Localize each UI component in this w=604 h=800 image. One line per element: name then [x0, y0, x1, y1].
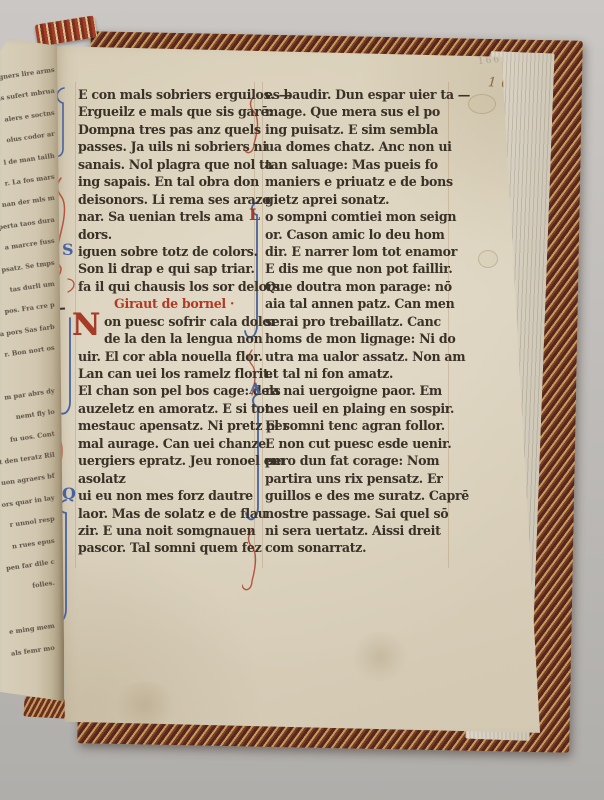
text-line: partira uns rix pensatz. Er [265, 470, 447, 487]
line-text: auzeletz en amoratz. E si tot [78, 401, 270, 416]
text-line: gietz aprei sonatz. [265, 191, 447, 208]
text-column-2: es baudir. Dun espar uier ta —mage. Que … [265, 86, 447, 557]
text-line: Son li drap e qui sap triar. [78, 260, 260, 277]
line-text: on puesc sofrir cala dolor [104, 314, 277, 329]
text-line: dir. E narrer lom tot enamor [265, 243, 447, 260]
text-line: pero dun fat corage: Nom [265, 452, 447, 469]
text-line: Lo sompni comtiei mon seign [265, 208, 447, 225]
endband [35, 15, 98, 46]
text-line: Que doutra mon parage: nō [265, 278, 447, 295]
text-line: nar. Sa uenian trels ama [78, 208, 260, 225]
text-line: passes. Ja uils ni sobriers ni [78, 138, 260, 155]
text-line: Ara nai uergoigne paor. Em [265, 382, 447, 399]
text-line: tan saluage: Mas pueis fo [265, 156, 447, 173]
line-text: Lan can uei los ramelz florit. [78, 366, 273, 381]
line-text: E con mals sobriers erguilos. — [78, 87, 291, 102]
line-text: guillos e des me suratz. Caprē [265, 488, 469, 503]
text-line: ing sapais. En tal obra don [78, 173, 260, 190]
text-line: et tal ni fon amatz. [265, 365, 447, 382]
line-text: utra ma ualor assatz. Non am [265, 349, 465, 364]
line-text: iguen sobre totz de colors. [78, 244, 258, 259]
line-text: passes. Ja uils ni sobriers ni [78, 139, 267, 154]
line-text: ing puisatz. E sim sembla [265, 122, 438, 137]
text-line: sanais. Nol plagra que nol ta [78, 156, 260, 173]
line-text: tan saluage: Mas pueis fo [265, 157, 438, 172]
line-text: Giraut de bornel · [114, 296, 234, 311]
text-line: mestauc apensatz. Ni pretz per [78, 417, 260, 434]
text-line: asolatz [78, 470, 260, 487]
text-line: de la den la lengua non [78, 330, 260, 347]
line-text: aia tal annen patz. Can men [265, 296, 454, 311]
text-line: Non puesc sofrir cala dolor [78, 313, 260, 330]
previous-page-text-fragments: segners lire armsas sufert mbruaalers e … [0, 64, 62, 663]
line-text: com sonarratz. [265, 540, 366, 555]
line-text: Que doutra mon parage: nō [265, 279, 452, 294]
rubric-line: Giraut de bornel · [78, 295, 260, 312]
text-line: ni sera uertatz. Aissi dreit [265, 522, 447, 539]
text-line: ua domes chatz. Anc non ui [265, 138, 447, 155]
line-text: asolatz [78, 471, 125, 486]
line-text: ui eu non mes forz dautre [78, 488, 253, 503]
text-line: Qui eu non mes forz dautre [78, 487, 260, 504]
text-line: deisonors. Li rema ses arazo [78, 191, 260, 208]
line-text: E non cut puesc esde uenir. [265, 436, 451, 451]
text-line: serai pro trebaillatz. Canc [265, 313, 447, 330]
text-line: guillos e des me suratz. Caprē [265, 487, 447, 504]
text-line: E dis me que non pot faillir. [265, 260, 447, 277]
line-text: fa il qui chausis los sor delors. [78, 279, 284, 294]
line-text: o sompni comtiei mon seign [265, 209, 456, 224]
text-line: com sonarratz. [265, 539, 447, 556]
line-text: El somni tenc agran follor. [265, 418, 445, 433]
text-line: mage. Que mera sus el po [265, 103, 447, 120]
decorated-initial: Q [62, 485, 76, 502]
text-line: nostre passage. Sai quel sō [265, 505, 447, 522]
text-line: maniers e priuatz e de bons [265, 173, 447, 190]
text-line: or. Cason amic lo deu hom [265, 226, 447, 243]
line-text: partira uns rix pensatz. Er [265, 471, 443, 486]
line-text: homs de mon lignage: Ni do [265, 331, 455, 346]
manuscript-page: 166 16 [50, 42, 547, 742]
line-text: pero dun fat corage: Nom [265, 453, 439, 468]
text-line: E con mals sobriers erguilos. — [78, 86, 260, 103]
text-line: zir. E una noit somgnauen [78, 522, 260, 539]
text-line: mal aurage. Can uei chanze [78, 435, 260, 452]
line-text: ni sera uertatz. Aissi dreit [265, 523, 441, 538]
decorated-initial: A [249, 380, 261, 397]
line-text: mage. Que mera sus el po [265, 104, 440, 119]
text-line: auzeletz en amoratz. E si tot [78, 400, 260, 417]
line-text: deisonors. Li rema ses arazo [78, 192, 270, 207]
line-text: de la den la lengua non [104, 331, 263, 346]
text-line: es baudir. Dun espar uier ta — [265, 86, 447, 103]
folio-number-pencil: 166 [478, 55, 502, 67]
previous-page-edge: segners lire armsas sufert mbruaalers e … [0, 36, 64, 708]
line-text: uir. El cor abla nouella flor. [78, 349, 263, 364]
line-text: Ergueilz e mals que sis garē: [78, 104, 273, 119]
parchment-stain [110, 682, 180, 728]
decorated-initial: L [249, 206, 260, 223]
decorated-initial: S [62, 241, 73, 258]
text-line: uergiers epratz. Jeu ronoel em [78, 452, 260, 469]
text-line: Lan can uei los ramelz florit. [78, 365, 260, 382]
parchment-stain [468, 94, 496, 114]
manuscript-photo: segners lire armsas sufert mbruaalers e … [0, 0, 604, 800]
text-line: fa il qui chausis los sor delors. [78, 278, 260, 295]
parchment-stain [478, 250, 498, 268]
text-line: utra ma ualor assatz. Non am [265, 348, 447, 365]
line-text: E dis me que non pot faillir. [265, 261, 453, 276]
text-line: Siguen sobre totz de colors. [78, 243, 260, 260]
text-line: E non cut puesc esde uenir. [265, 435, 447, 452]
line-text: uergiers epratz. Jeu ronoel em [78, 453, 285, 468]
text-line: pascor. Tal somni quem fez [78, 539, 260, 556]
line-text: es baudir. Dun espar uier ta — [265, 87, 470, 102]
line-text: et tal ni fon amatz. [265, 366, 393, 381]
line-text: nostre passage. Sai quel sō [265, 506, 448, 521]
text-line: homs de mon lignage: Ni do [265, 330, 447, 347]
line-text: gietz aprei sonatz. [265, 192, 389, 207]
line-text: Dompna tres pas anz quels [78, 122, 261, 137]
line-text: sanais. Nol plagra que nol ta [78, 157, 272, 172]
text-line: Ergueilz e mals que sis garē: [78, 103, 260, 120]
line-text: Son li drap e qui sap triar. [78, 261, 255, 276]
line-text: laor. Mas de solatz e de flau [78, 506, 267, 521]
text-column-1: E con mals sobriers erguilos. —Ergueilz … [78, 86, 260, 557]
parchment-stain [350, 632, 410, 682]
text-line: laor. Mas de solatz e de flau [78, 505, 260, 522]
line-text: or. Cason amic lo deu hom [265, 227, 445, 242]
text-line: uir. El cor abla nouella flor. [78, 348, 260, 365]
line-text: pascor. Tal somni quem fez [78, 540, 261, 555]
text-line: nes ueil en plaing en sospir. [265, 400, 447, 417]
line-text: ra nai uergoigne paor. Em [265, 383, 442, 398]
text-line: ing puisatz. E sim sembla [265, 121, 447, 138]
text-line: El somni tenc agran follor. [265, 417, 447, 434]
text-line: El chan son pel bos cage: dels [78, 382, 260, 399]
text-line: aia tal annen patz. Can men [265, 295, 447, 312]
line-text: dir. E narrer lom tot enamor [265, 244, 457, 259]
line-text: ing sapais. En tal obra don [78, 174, 259, 189]
text-line: Dompna tres pas anz quels [78, 121, 260, 138]
line-text: zir. E una noit somgnauen [78, 523, 255, 538]
line-text: mestauc apensatz. Ni pretz per [78, 418, 289, 433]
line-text: mal aurage. Can uei chanze [78, 436, 266, 451]
line-text: maniers e priuatz e de bons [265, 174, 453, 189]
line-text: ua domes chatz. Anc non ui [265, 139, 452, 154]
line-text: nar. Sa uenian trels ama [78, 209, 243, 224]
text-line: dors. [78, 226, 260, 243]
line-text: serai pro trebaillatz. Canc [265, 314, 441, 329]
line-text: nes ueil en plaing en sospir. [265, 401, 454, 416]
line-text: dors. [78, 227, 112, 242]
